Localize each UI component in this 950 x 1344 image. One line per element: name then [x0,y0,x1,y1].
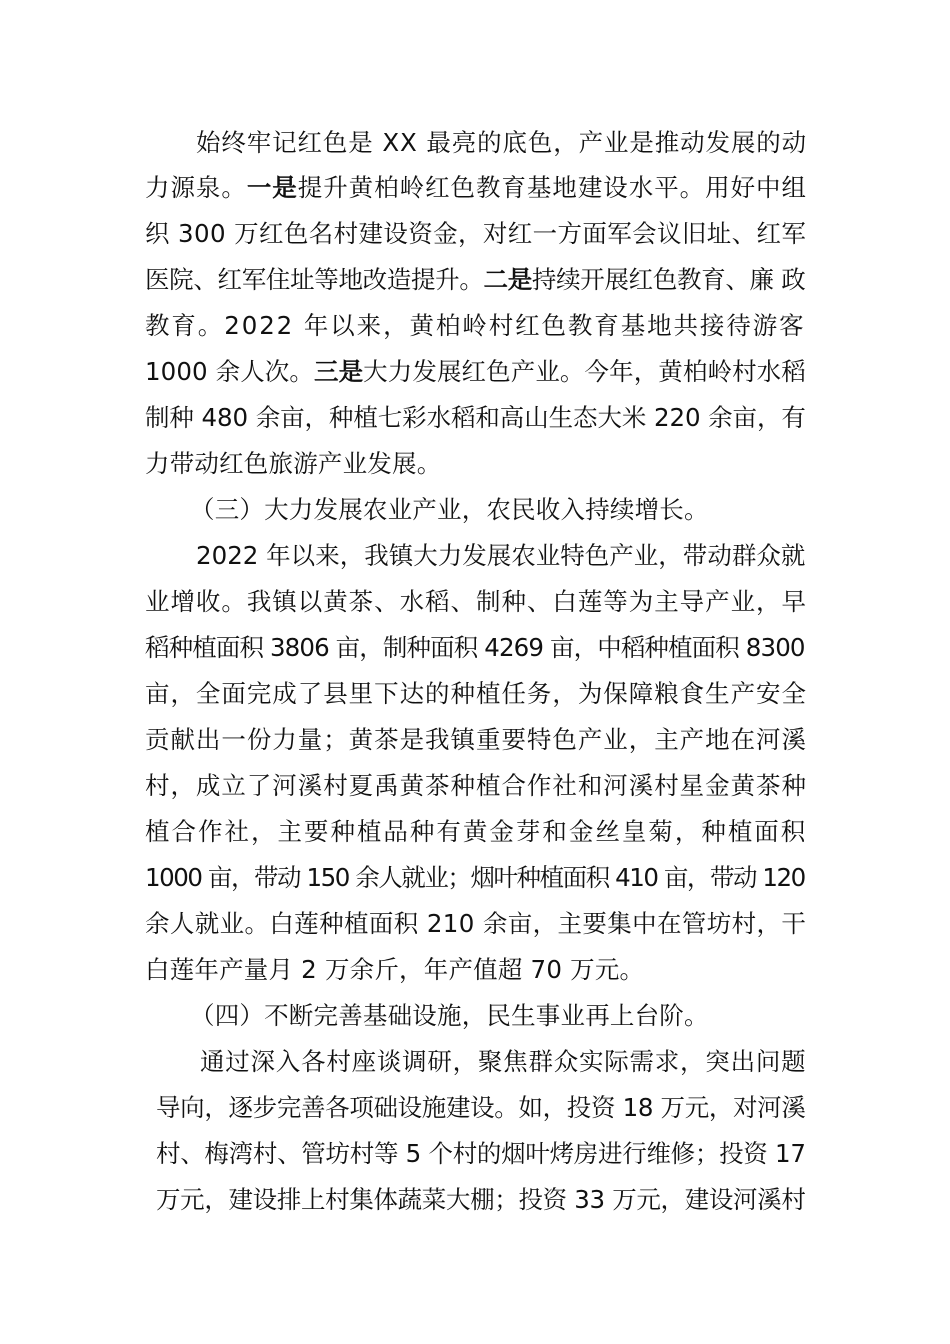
text-segment: 医院、红军住址等地改造提升。 [145,265,484,294]
text-segment: 织 300 万红色名村建设资金，对红一方面军会议旧址、红军 [145,219,806,248]
text-line: 万元，建设排上村集体蔬菜大棚；投资 33 万元，建设河溪村 [156,1183,806,1217]
bold-lead-phrase: 三是 [314,357,363,386]
text-line: 业增收。我镇以黄茶、水稻、制种、白莲等为主导产业，早 [145,585,807,619]
text-line: 植合作社，主要种植品种有黄金芽和金丝皇菊，种植面积 [145,815,807,849]
bold-lead-phrase: 一是 [247,173,298,202]
text-segment: 白莲年产量月 2 万余斤，年产值超 70 万元。 [145,955,644,984]
text-segment: 始终牢记红色是 XX 最亮的底色，产业是推动发展的动 [196,128,807,157]
text-line: 亩，全面完成了县里下达的种植任务，为保障粮食生产安全 [145,677,807,711]
text-segment: 植合作社，主要种植品种有黄金芽和金丝皇菊，种植面积 [145,817,807,846]
text-segment: （四）不断完善基础设施，民生事业再上台阶。 [190,1001,709,1030]
text-segment: 余人就业。白莲种植面积 210 余亩，主要集中在管坊村，干 [145,909,806,938]
text-segment: 村，成立了河溪村夏禹黄茶种植合作社和河溪村星金黄茶种 [145,771,807,800]
text-segment: 1000 亩，带动 150 余人就业；烟叶种植面积 410 亩，带动 120 [145,863,805,892]
text-line: 导向，逐步完善各项础设施建设。如，投资 18 万元，对河溪 [156,1091,806,1125]
text-line: 1000 亩，带动 150 余人就业；烟叶种植面积 410 亩，带动 120 [145,861,805,895]
text-line: 村、梅湾村、管坊村等 5 个村的烟叶烤房进行维修；投资 17 [156,1137,806,1171]
text-line: 稻种植面积 3806 亩，制种面积 4269 亩，中稻种植面积 8300 [145,631,805,665]
text-segment: 制种 480 余亩，种植七彩水稻和高山生态大米 220 余亩，有 [145,403,806,432]
text-line: 2022 年以来，我镇大力发展农业特色产业，带动群众就 [196,539,805,573]
text-segment: 业增收。我镇以黄茶、水稻、制种、白莲等为主导产业，早 [145,587,807,616]
text-segment: （三）大力发展农业产业，农民收入持续增长。 [190,495,709,524]
text-line: 村，成立了河溪村夏禹黄茶种植合作社和河溪村星金黄茶种 [145,769,807,803]
text-line: 力源泉。一是提升黄柏岭红色教育基地建设水平。用好中组 [145,171,807,205]
text-segment: 亩，全面完成了县里下达的种植任务，为保障粮食生产安全 [145,679,807,708]
text-line: 制种 480 余亩，种植七彩水稻和高山生态大米 220 余亩，有 [145,401,806,435]
text-segment: 贡献出一份力量；黄茶是我镇重要特色产业，主产地在河溪 [145,725,807,754]
text-segment: 导向，逐步完善各项础设施建设。如，投资 18 万元，对河溪 [156,1093,806,1122]
text-line: （三）大力发展农业产业，农民收入持续增长。 [190,493,709,527]
text-line: 力带动红色旅游产业发展。 [145,447,441,481]
text-line: 织 300 万红色名村建设资金，对红一方面军会议旧址、红军 [145,217,806,251]
text-line: 余人就业。白莲种植面积 210 余亩，主要集中在管坊村，干 [145,907,806,941]
text-line: 医院、红军住址等地改造提升。二是持续开展红色教育、廉 政 [145,263,805,297]
text-line: 白莲年产量月 2 万余斤，年产值超 70 万元。 [145,953,644,987]
text-line: 贡献出一份力量；黄茶是我镇重要特色产业，主产地在河溪 [145,723,807,757]
text-segment: 通过深入各村座谈调研，聚焦群众实际需求，突出问题 [200,1047,806,1076]
text-segment: 大力发展红色产业。今年，黄柏岭村水稻 [363,357,806,386]
text-segment: 教育。2022 年以来，黄柏岭村红色教育基地共接待游客 [145,311,806,340]
text-segment: 村、梅湾村、管坊村等 5 个村的烟叶烤房进行维修；投资 17 [156,1139,806,1168]
text-segment: 1000 余人次。 [145,357,314,386]
text-segment: 力带动红色旅游产业发展。 [145,449,441,478]
document-page: 始终牢记红色是 XX 最亮的底色，产业是推动发展的动力源泉。一是提升黄柏岭红色教… [0,0,950,1344]
text-segment: 2022 年以来，我镇大力发展农业特色产业，带动群众就 [196,541,805,570]
text-line: 通过深入各村座谈调研，聚焦群众实际需求，突出问题 [200,1045,806,1079]
text-line: 始终牢记红色是 XX 最亮的底色，产业是推动发展的动 [196,126,807,160]
text-segment: 万元，建设排上村集体蔬菜大棚；投资 33 万元，建设河溪村 [156,1185,806,1214]
bold-lead-phrase: 二是 [484,265,532,294]
text-line: 教育。2022 年以来，黄柏岭村红色教育基地共接待游客 [145,309,806,343]
text-segment: 持续开展红色教育、廉 政 [532,265,805,294]
text-line: 1000 余人次。三是大力发展红色产业。今年，黄柏岭村水稻 [145,355,806,389]
text-line: （四）不断完善基础设施，民生事业再上台阶。 [190,999,709,1033]
text-segment: 提升黄柏岭红色教育基地建设水平。用好中组 [298,173,807,202]
text-segment: 稻种植面积 3806 亩，制种面积 4269 亩，中稻种植面积 8300 [145,633,805,662]
text-segment: 力源泉。 [145,173,247,202]
